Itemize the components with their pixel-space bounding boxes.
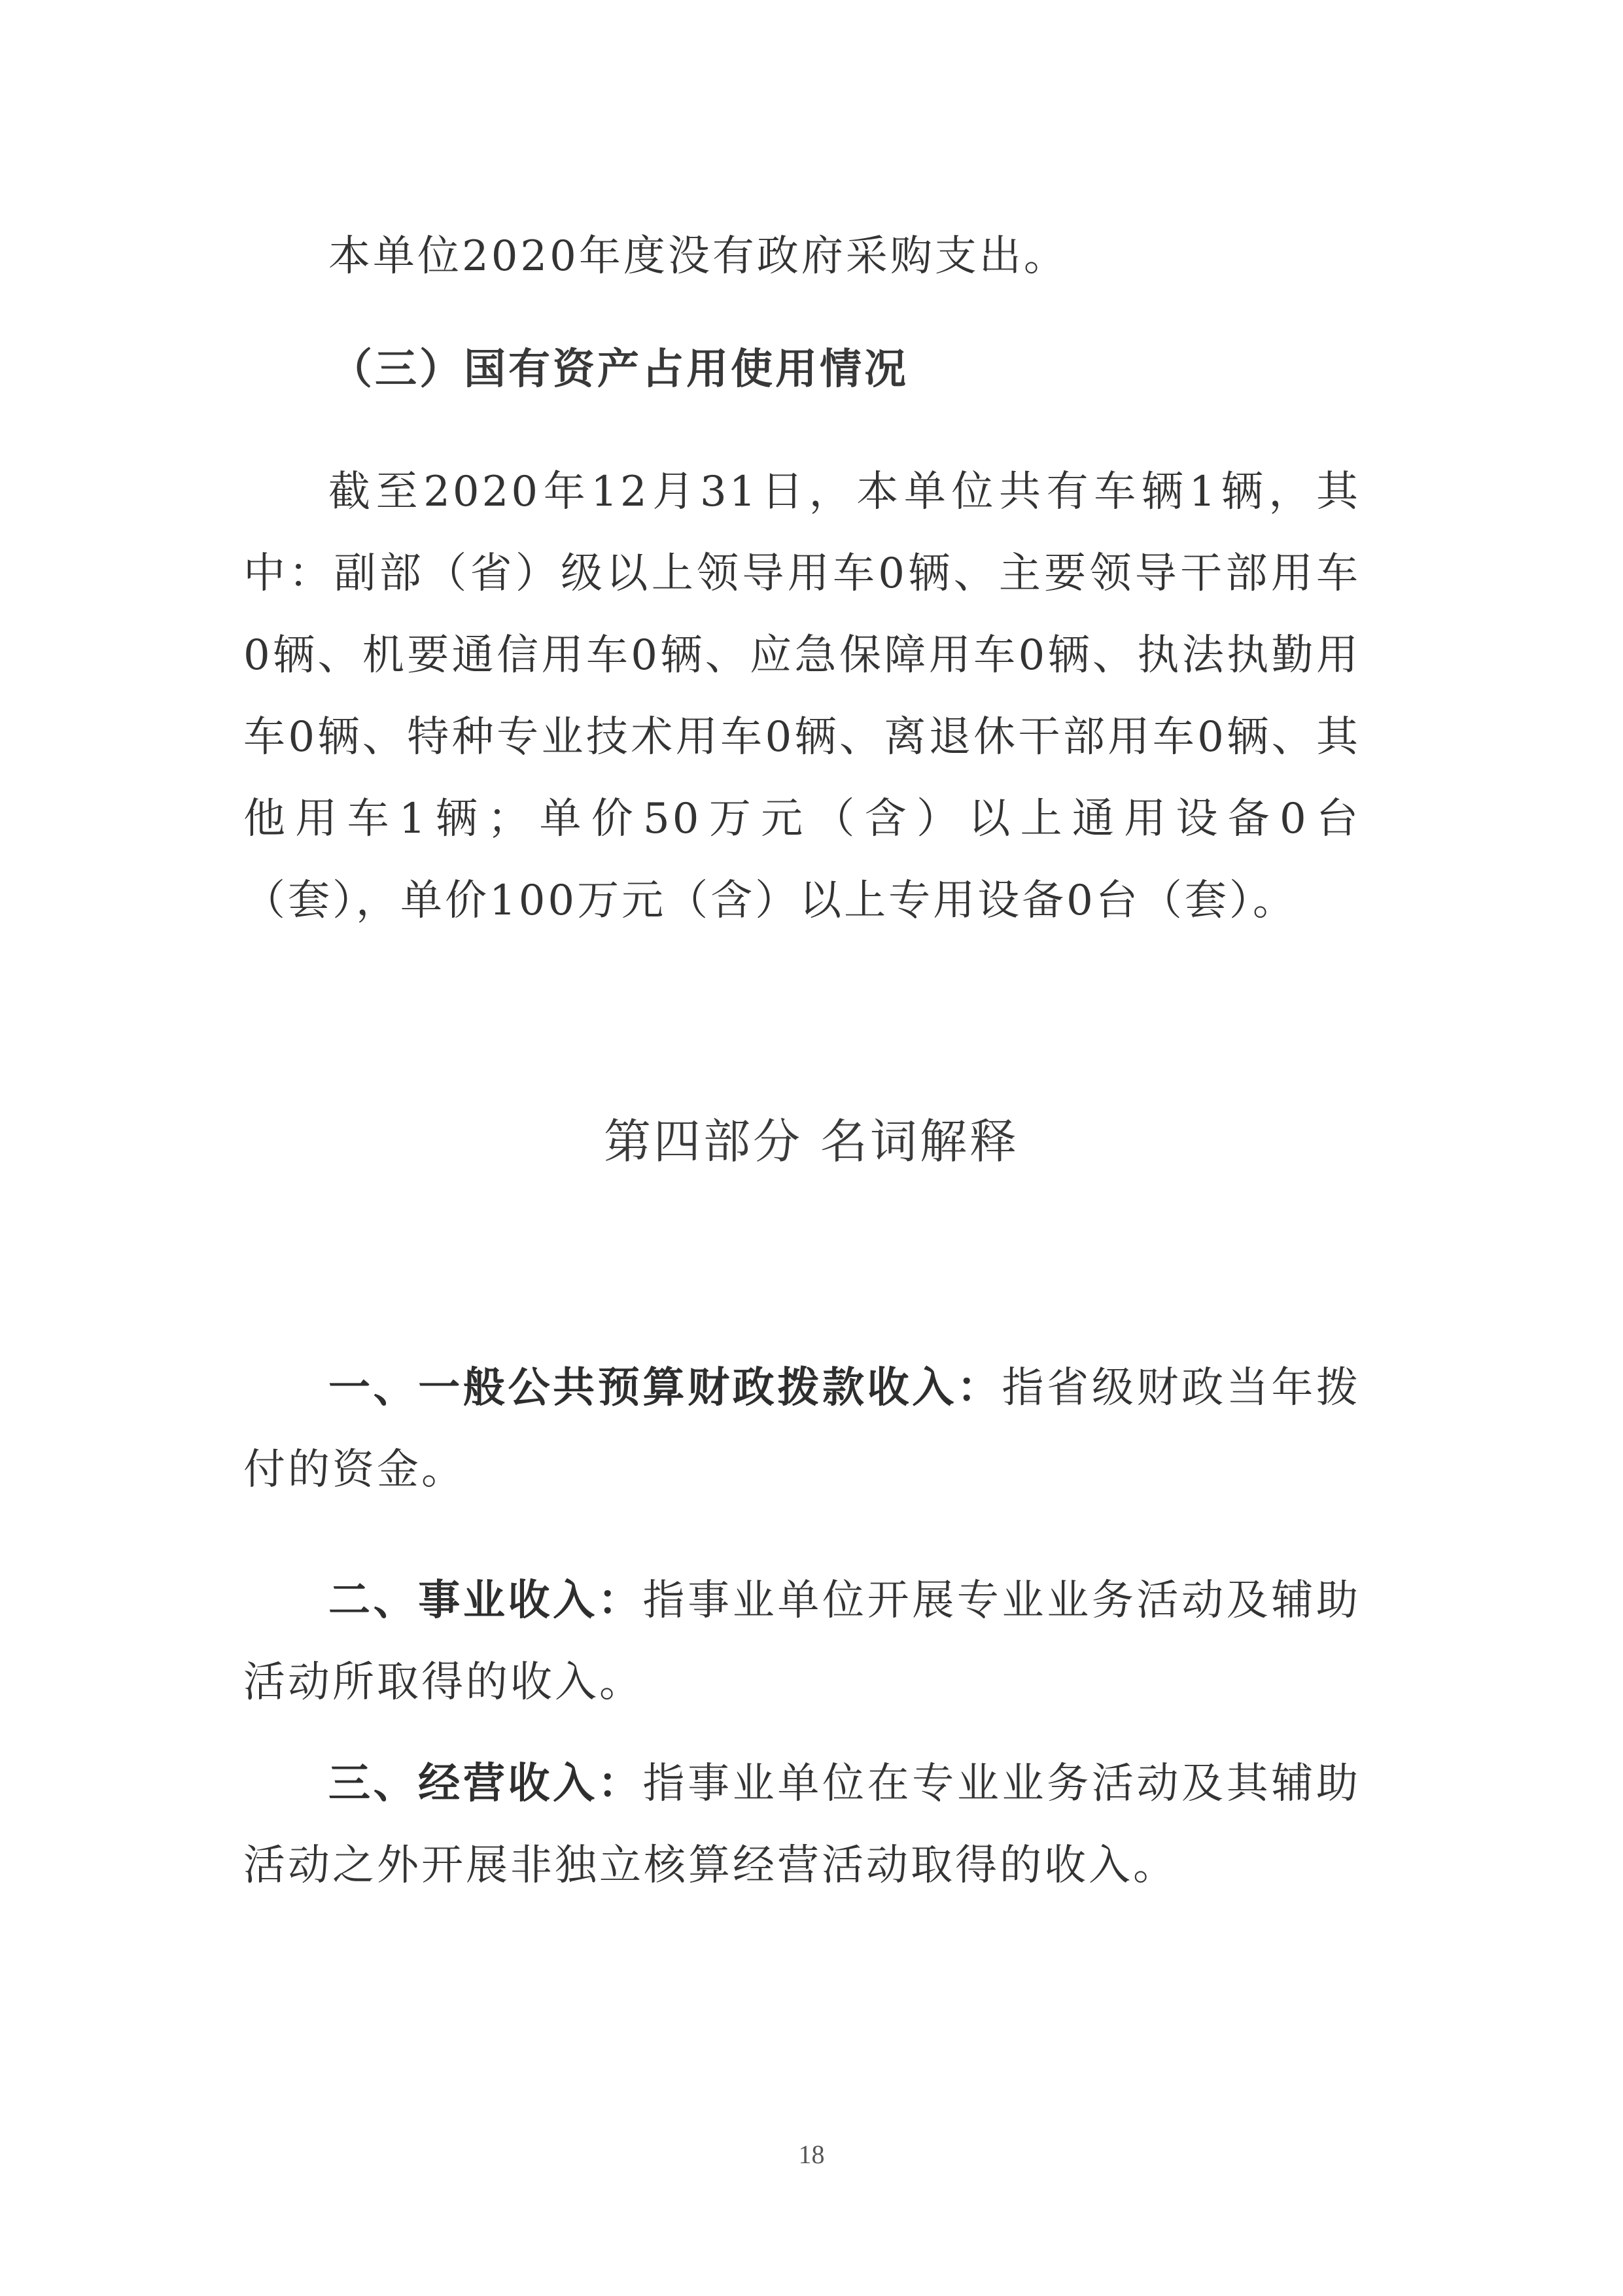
definition-term: 三、经营收入：: [328, 1760, 642, 1808]
part-title: 第四部分 名词解释: [0, 1105, 1623, 1177]
section-heading-state-assets: （三）国有资产占用使用情况: [330, 334, 909, 406]
document-page: 本单位2020年度没有政府采购支出。 （三）国有资产占用使用情况 截至2020年…: [0, 0, 1623, 2296]
page-number: 18: [0, 2139, 1623, 2170]
definition-term: 一、一般公共预算财政拨款收入：: [328, 1364, 1002, 1412]
definition-item: 三、经营收入：指事业单位在专业业务活动及其辅助活动之外开展非独立核算经营活动取得…: [243, 1743, 1361, 1907]
procurement-paragraph: 本单位2020年度没有政府采购支出。: [243, 216, 1361, 298]
assets-paragraph: 截至2020年12月31日，本单位共有车辆1辆，其中：副部（省）级以上领导用车0…: [243, 451, 1361, 942]
definition-term: 二、事业收入：: [328, 1576, 642, 1625]
definition-item: 二、事业收入：指事业单位开展专业业务活动及辅助活动所取得的收入。: [243, 1560, 1361, 1724]
definition-item: 一、一般公共预算财政拨款收入：指省级财政当年拨付的资金。: [243, 1348, 1361, 1511]
